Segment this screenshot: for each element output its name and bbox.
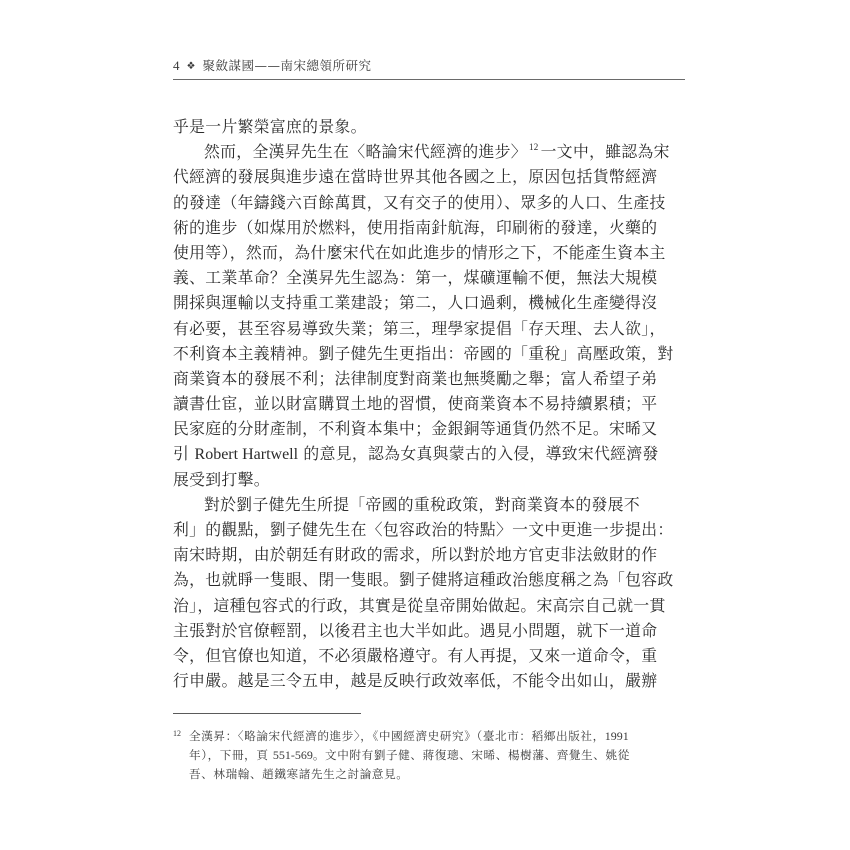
footnote-line: 12全漢昇：〈略論宋代經濟的進步〉，《中國經濟史研究》（臺北市：稻鄉出版社，19… [173,727,685,746]
line-text: 展受到打擊。 [173,470,270,489]
text-line: 乎是一片繁榮富庶的景象。 [173,114,685,139]
line-text: 對於劉子健先生所提「帝國的重稅政策，對商業資本的發展不 [204,495,640,514]
text-line: 民家庭的分財產制，不利資本集中；金銀銅等通貨仍然不足。宋晞又 [173,416,685,441]
footnote-year: 1991 [605,729,629,743]
text-line: 為，也就睜一隻眼、閉一隻眼。劉子健將這種政治態度稱之為「包容政 [173,567,685,592]
text-line: 商業資本的發展不利；法律制度對商業也無獎勵之舉；富人希望子弟 [173,366,685,391]
line-text: 的發達（年鑄錢六百餘萬貫，又有交子的使用）、眾多的人口、生產技 [173,193,666,212]
line-text: 義、工業革命？全漢昇先生認為：第一，煤礦運輸不便，無法大規模 [173,268,657,287]
line-text: 讀書仕宦，並以財富購買土地的習慣，使商業資本不易持續累積；平 [173,394,657,413]
footnote-text: 吾、林瑞翰、趙鐵寒諸先生之討論意見。 [189,767,409,781]
footnote-line: 吾、林瑞翰、趙鐵寒諸先生之討論意見。 [173,765,685,784]
line-text: 為，也就睜一隻眼、閉一隻眼。劉子健將這種政治態度稱之為「包容政 [173,570,674,589]
line-text: 主張對於官僚輕罰，以後君主也大半如此。遇見小問題，就下一道命 [173,621,657,640]
text-line: 利」的觀點，劉子健先生在〈包容政治的特點〉一文中更進一步提出： [173,517,685,542]
line-text: 利」的觀點，劉子健先生在〈包容政治的特點〉一文中更進一步提出： [173,520,674,539]
line-text: 使用等），然而，為什麼宋代在如此進步的情形之下，不能產生資本主 [173,243,666,262]
text-line: 術的進步（如煤用於燃料，使用指南針航海，印刷術的發達，火藥的 [173,215,685,240]
text-line: 南宋時期，由於朝廷有財政的需求，所以對於地方官吏非法斂財的作 [173,542,685,567]
text-line: 的發達（年鑄錢六百餘萬貫，又有交子的使用）、眾多的人口、生產技 [173,190,685,215]
footnotes: 12全漢昇：〈略論宋代經濟的進步〉，《中國經濟史研究》（臺北市：稻鄉出版社，19… [173,727,685,784]
diamond-ornament-icon: ❖ [186,57,195,77]
text-line: 治」，這種包容式的行政，其實是從皇帝開始做起。宋高宗自己就一貫 [173,593,685,618]
line-text: 行申嚴。越是三令五申，越是反映行政效率低，不能令出如山，嚴辦 [173,671,657,690]
running-header: 4 ❖ 聚斂謀國——南宋總領所研究 [173,56,685,76]
text-line: 使用等），然而，為什麼宋代在如此進步的情形之下，不能產生資本主 [173,240,685,265]
line-text: 治」，這種包容式的行政，其實是從皇帝開始做起。宋高宗自己就一貫 [173,596,666,615]
text-line: 義、工業革命？全漢昇先生認為：第一，煤礦運輸不便，無法大規模 [173,265,685,290]
book-page: 4 ❖ 聚斂謀國——南宋總領所研究 乎是一片繁榮富庶的景象。 然而，全漢昇先生在… [173,0,685,850]
line-text: 不利資本主義精神。劉子健先生更指出：帝國的「重稅」高壓政策，對 [173,344,674,363]
page-number: 4 [173,58,180,73]
line-text: 術的進步（如煤用於燃料，使用指南針航海，印刷術的發達，火藥的 [173,218,657,237]
paragraph-start-line: 然而，全漢昇先生在〈略論宋代經濟的進步〉12一文中，雖認為宋 [173,139,685,164]
line-text: 代經濟的發展與進步遠在當時世界其他各國之上，原因包括貨幣經濟 [173,167,657,186]
line-text: 民家庭的分財產制，不利資本集中；金銀銅等通貨仍然不足。宋晞又 [173,419,657,438]
footnote-text: 。文中附有劉子健、蔣復璁、宋晞、楊樹藩、齊覺生、姚從 [313,748,630,762]
line-text: 的意見，認為女真與蒙古的入侵，導致宋代經濟發 [298,444,659,463]
line-text: 南宋時期，由於朝廷有財政的需求，所以對於地方官吏非法斂財的作 [173,545,657,564]
line-text: 引 [173,444,195,463]
line-text: 乎是一片繁榮富庶的景象。 [173,117,367,136]
body-text: 乎是一片繁榮富庶的景象。 然而，全漢昇先生在〈略論宋代經濟的進步〉12一文中，雖… [173,114,685,693]
line-text: 令，但官僚也知道，不必須嚴格遵守。有人再提，又來一道命令，重 [173,646,657,665]
line-text: 商業資本的發展不利；法律制度對商業也無獎勵之舉；富人希望子弟 [173,369,657,388]
text-line: 行申嚴。越是三令五申，越是反映行政效率低，不能令出如山，嚴辦 [173,668,685,693]
paragraph-start-line: 對於劉子健先生所提「帝國的重稅政策，對商業資本的發展不 [173,492,685,517]
text-line: 展受到打擊。 [173,467,685,492]
text-line: 引 Robert Hartwell 的意見，認為女真與蒙古的入侵，導致宋代經濟發 [173,441,685,466]
line-text: 一文中，雖認為宋 [541,142,670,161]
footnote-pages: 551-569 [273,748,313,762]
footnote-text: 年），下冊，頁 [189,748,273,762]
footnote-line: 年），下冊，頁 551-569。文中附有劉子健、蔣復璁、宋晞、楊樹藩、齊覺生、姚… [173,746,685,765]
text-line: 代經濟的發展與進步遠在當時世界其他各國之上，原因包括貨幣經濟 [173,164,685,189]
footnote-text: 全漢昇：〈略論宋代經濟的進步〉，《中國經濟史研究》（臺北市：稻鄉出版社， [189,729,605,743]
text-line: 有必要，甚至容易導致失業；第三，理學家提倡「存天理、去人欲」， [173,316,685,341]
text-line: 令，但官僚也知道，不必須嚴格遵守。有人再提，又來一道命令，重 [173,643,685,668]
text-line: 不利資本主義精神。劉子健先生更指出：帝國的「重稅」高壓政策，對 [173,341,685,366]
footnote-reference[interactable]: 12 [529,142,539,152]
line-text: 開採與運輸以支持重工業建設；第二，人口過剩，機械化生產變得沒 [173,293,657,312]
person-name: Robert Hartwell [195,446,299,463]
header-rule [173,79,685,80]
text-line: 主張對於官僚輕罰，以後君主也大半如此。遇見小問題，就下一道命 [173,618,685,643]
text-line: 開採與運輸以支持重工業建設；第二，人口過剩，機械化生產變得沒 [173,290,685,315]
line-text: 然而，全漢昇先生在〈略論宋代經濟的進步〉 [204,142,527,161]
text-line: 讀書仕宦，並以財富購買土地的習慣，使商業資本不易持續累積；平 [173,391,685,416]
footnote-separator [173,713,361,714]
book-title: 聚斂謀國——南宋總領所研究 [202,58,371,73]
line-text: 有必要，甚至容易導致失業；第三，理學家提倡「存天理、去人欲」， [173,319,666,338]
